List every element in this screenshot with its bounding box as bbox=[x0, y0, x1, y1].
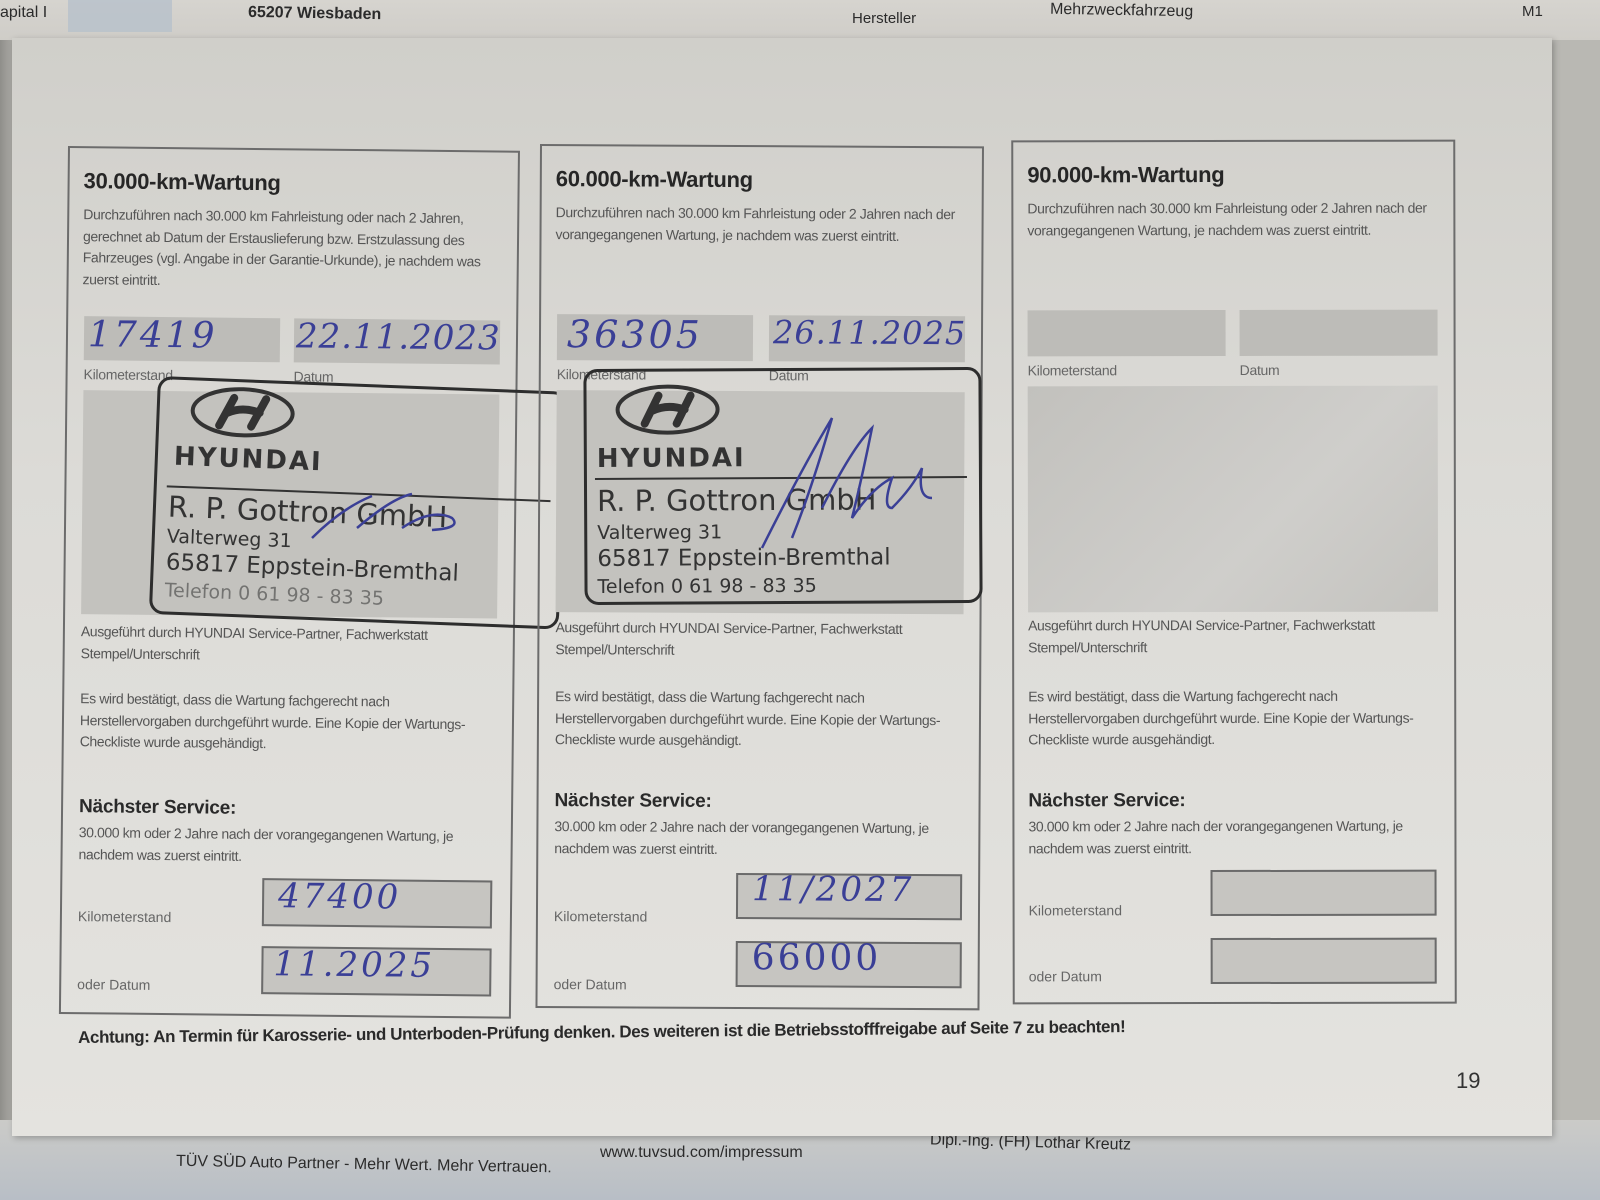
panel-title: 30.000-km-Wartung bbox=[83, 168, 280, 196]
next-km-handwritten: 11/2027 bbox=[752, 869, 914, 910]
next-date-label: oder Datum bbox=[1029, 968, 1102, 984]
warning-note: Achtung: An Termin für Karosserie- und U… bbox=[78, 1017, 1125, 1048]
next-km-label: Kilometerstand bbox=[1029, 902, 1122, 918]
bg-url: www.tuvsud.com/impressum bbox=[600, 1144, 803, 1162]
stamp-phone: Telefon 0 61 98 - 83 35 bbox=[597, 575, 816, 598]
bg-slogan: TÜV SÜD Auto Partner - Mehr Wert. Mehr V… bbox=[176, 1153, 552, 1178]
performed-by-label: Ausgeführt durch HYUNDAI Service-Partner… bbox=[1028, 614, 1375, 637]
next-km-label: Kilometerstand bbox=[78, 908, 172, 925]
hyundai-logo-icon bbox=[189, 384, 297, 440]
km-field[interactable] bbox=[1028, 310, 1226, 356]
panel-description: Durchzuführen nach 30.000 km Fahrleistun… bbox=[82, 204, 483, 294]
date-label: Datum bbox=[1240, 362, 1280, 378]
km-label: Kilometerstand bbox=[1028, 362, 1117, 378]
panel-description: Durchzuführen nach 30.000 km Fahrleistun… bbox=[555, 202, 955, 247]
performed-by-label: Ausgeführt durch HYUNDAI Service-Partner… bbox=[555, 616, 902, 640]
next-date-handwritten: 66000 bbox=[752, 937, 882, 979]
next-date-label: oder Datum bbox=[77, 976, 150, 993]
next-service-desc: 30.000 km oder 2 Jahre nach der vorangeg… bbox=[1028, 816, 1428, 860]
next-service-title: Nächster Service: bbox=[79, 796, 236, 820]
next-service-desc: 30.000 km oder 2 Jahre nach der vorangeg… bbox=[554, 816, 954, 861]
confirmation-text: Es wird bestätigt, dass die Wartung fach… bbox=[555, 686, 955, 753]
signature-2 bbox=[742, 408, 962, 558]
maintenance-booklet-page: 30.000-km-Wartung Durchzuführen nach 30.… bbox=[12, 38, 1552, 1136]
bg-left-fragment: apital I bbox=[0, 4, 47, 22]
stamp-phone: Telefon 0 61 98 - 83 35 bbox=[164, 579, 384, 609]
panel-description: Durchzuführen nach 30.000 km Fahrleistun… bbox=[1027, 198, 1427, 242]
page-number: 19 bbox=[1456, 1068, 1480, 1094]
stamp-brand: HYUNDAI bbox=[597, 443, 746, 474]
confirmation-text: Es wird bestätigt, dass die Wartung fach… bbox=[80, 688, 481, 757]
km-handwritten: 17419 bbox=[88, 314, 218, 356]
stamp-signature-label: Stempel/Unterschrift bbox=[1028, 636, 1147, 658]
next-km-label: Kilometerstand bbox=[554, 908, 647, 924]
next-km-field[interactable] bbox=[1211, 870, 1437, 916]
bg-label-hersteller: Hersteller bbox=[852, 10, 916, 27]
km-handwritten: 36305 bbox=[567, 312, 703, 357]
stamp-street: Valterweg 31 bbox=[166, 525, 292, 552]
bg-vehicle-type: Mehrzweckfahrzeug bbox=[1050, 1, 1193, 21]
panel-title: 90.000-km-Wartung bbox=[1027, 162, 1224, 188]
background-document-top: apital I 65207 Wiesbaden Hersteller Mehr… bbox=[0, 0, 1600, 40]
stamp-street: Valterweg 31 bbox=[597, 521, 722, 544]
next-date-field[interactable] bbox=[1211, 938, 1437, 984]
panel-title: 60.000-km-Wartung bbox=[556, 166, 753, 193]
date-field[interactable] bbox=[1240, 310, 1438, 356]
next-service-desc: 30.000 km oder 2 Jahre nach der vorangeg… bbox=[78, 822, 478, 869]
next-service-title: Nächster Service: bbox=[1028, 790, 1185, 812]
hyundai-logo-icon bbox=[614, 383, 720, 436]
signature-1 bbox=[302, 488, 472, 548]
date-handwritten: 26.11.2025 bbox=[773, 313, 966, 352]
panel-90000-km: 90.000-km-Wartung Durchzuführen nach 30.… bbox=[1011, 140, 1457, 1005]
stamp-signature-label: Stempel/Unterschrift bbox=[555, 638, 674, 661]
stamp-signature-label: Stempel/Unterschrift bbox=[81, 642, 200, 665]
bg-blue-block bbox=[68, 0, 172, 32]
confirmation-text: Es wird bestätigt, dass die Wartung fach… bbox=[1028, 686, 1428, 751]
next-service-title: Nächster Service: bbox=[555, 790, 712, 813]
km-label: Kilometerstand bbox=[84, 366, 173, 383]
next-date-handwritten: 11.2025 bbox=[273, 944, 435, 986]
date-handwritten: 22.11.2023 bbox=[296, 316, 501, 358]
bg-address: 65207 Wiesbaden bbox=[248, 4, 382, 24]
next-km-handwritten: 47400 bbox=[278, 876, 402, 917]
stamp-area[interactable] bbox=[1028, 386, 1438, 613]
next-date-label: oder Datum bbox=[554, 976, 627, 992]
bg-class-code: M1 bbox=[1522, 3, 1543, 20]
stamp-brand: HYUNDAI bbox=[173, 442, 323, 478]
